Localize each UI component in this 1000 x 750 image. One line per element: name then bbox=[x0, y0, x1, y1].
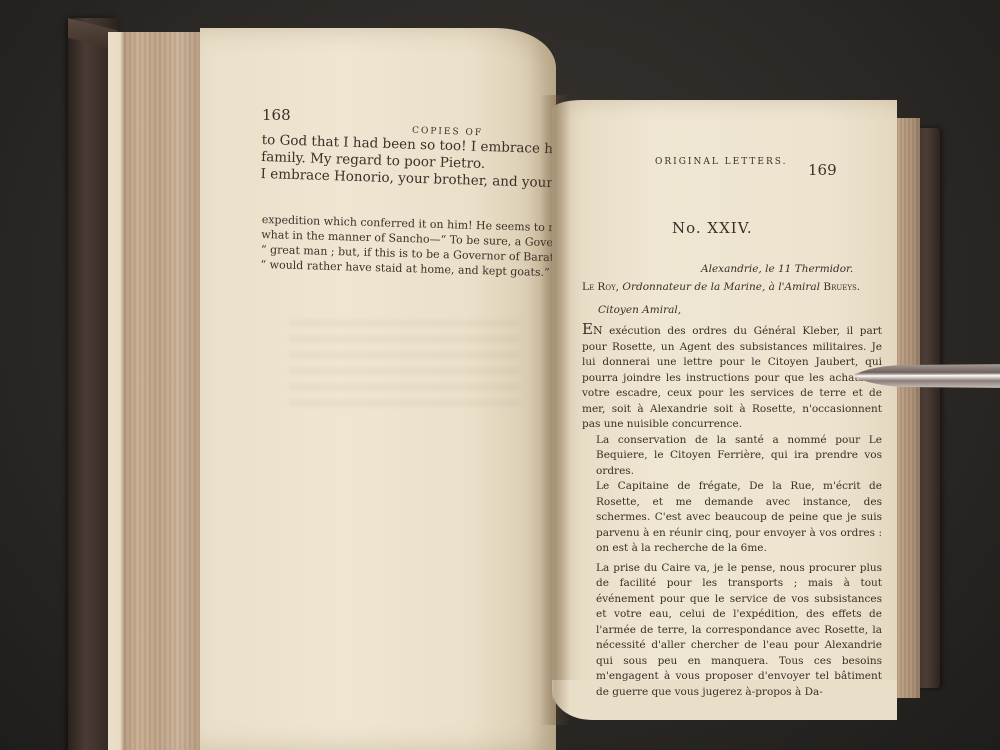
letter-paragraph-2: La conservation de la santé a nommé pour… bbox=[582, 433, 882, 480]
drop-cap: En bbox=[582, 320, 603, 338]
right-running-head: ORIGINAL LETTERS. bbox=[655, 157, 787, 167]
sender-name: Le Roy, bbox=[582, 281, 619, 293]
sender-title: Ordonnateur de la Marine, à l'Amiral bbox=[619, 281, 823, 293]
paragraph-text: exécution des ordres du Général Kleber, … bbox=[582, 325, 882, 430]
right-page-number: 169 bbox=[808, 161, 837, 179]
letter-opener-knife-icon bbox=[852, 362, 1000, 392]
letter-paragraph-4: La prise du Caire va, je le pense, nous … bbox=[582, 561, 882, 701]
letter-body: En exécution des ordres du Général Klebe… bbox=[582, 322, 882, 700]
left-page-number: 168 bbox=[262, 106, 291, 124]
page-edges-left bbox=[108, 32, 208, 750]
letter-number-heading: No. XXIV. bbox=[672, 219, 753, 237]
letter-paragraph-3: Le Capitaine de frégate, De la Rue, m'éc… bbox=[582, 479, 882, 557]
letter-paragraph-1: En exécution des ordres du Général Klebe… bbox=[582, 322, 882, 433]
recipient-name: Brueys. bbox=[823, 281, 860, 293]
gutter-shadow bbox=[540, 95, 570, 725]
photo-scene: 168 COPIES OF to God that I had been so … bbox=[0, 0, 1000, 750]
letter-salutation: Citoyen Amiral, bbox=[598, 303, 681, 319]
letter-from-line: Le Roy, Ordonnateur de la Marine, à l'Am… bbox=[582, 280, 860, 296]
letter-dateline: Alexandrie, le 11 Thermidor. bbox=[701, 262, 853, 278]
bleed-through-text bbox=[290, 320, 520, 410]
